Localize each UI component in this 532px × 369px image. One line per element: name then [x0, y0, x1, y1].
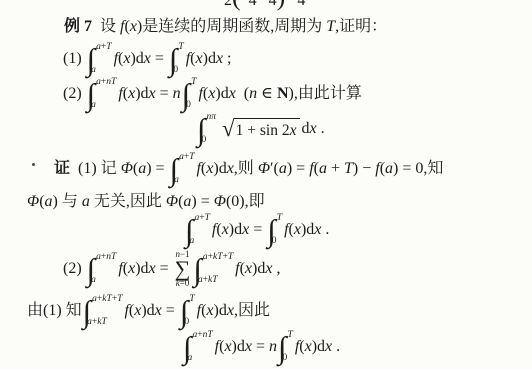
part2-result-equation: ∫a+nTaf(x)dx = n∫T0f(x)dx .	[182, 329, 340, 365]
integral: ∫a+nTa	[87, 253, 117, 285]
text-run: ,	[272, 259, 280, 279]
math-run: f(x)dx	[118, 84, 155, 104]
integral-limits: a+nTa	[193, 331, 213, 363]
bold-text: 证	[54, 159, 70, 179]
math-run: f(x)dx	[215, 337, 252, 357]
text-run: ,即	[245, 192, 265, 212]
integral: ∫a+kT+Ta+kT	[83, 295, 123, 327]
text-run: .	[332, 337, 340, 357]
text-run: .	[321, 220, 329, 240]
math-run: f(x)dx	[284, 220, 321, 240]
integral-lower-limit: 0	[272, 237, 282, 247]
proof-part2-sum-equation: (2) ∫a+nTaf(x)dx = n−1∑k=0∫a+kT+Ta+kTf(x…	[63, 246, 280, 292]
integral-upper-limit: a+kT+T	[203, 253, 233, 263]
integral-upper-limit: a+nT	[96, 78, 116, 88]
integral-limits: a+nTa	[96, 78, 116, 110]
text-run: =	[152, 159, 169, 179]
text-run: ,则	[234, 159, 258, 179]
integral: ∫a+kT+Ta+kT	[193, 253, 233, 285]
text-run: (1)	[63, 49, 86, 69]
integral-limits: a+Ta	[179, 153, 194, 185]
integral-limits: nπ0	[207, 113, 217, 145]
math-run: n	[249, 84, 257, 104]
big-paren: (	[232, 0, 241, 10]
math-run: n	[269, 337, 277, 357]
math-run: T	[326, 17, 335, 37]
integral-upper-limit: T	[277, 214, 282, 224]
math-run: Φ(a)	[121, 159, 152, 179]
integral-upper-limit: nπ	[207, 113, 217, 123]
math-run: f(x)dx	[212, 220, 249, 240]
integral-limits: T0	[191, 78, 196, 110]
math-run: f(x)dx	[124, 301, 161, 321]
text-run: ,证明：	[335, 17, 387, 37]
integral: ∫a+nTa	[183, 331, 213, 363]
text-run: =	[252, 337, 269, 357]
integral-lower-limit: 0	[283, 354, 293, 364]
math-run: f(x)	[120, 17, 142, 37]
integral-lower-limit: a	[91, 276, 116, 286]
ink-speck	[32, 163, 35, 166]
integral: ∫nπ0	[197, 113, 216, 145]
integral-upper-limit: a+kT+T	[92, 295, 122, 305]
integral: ∫T0	[267, 214, 282, 246]
math-run: a	[82, 192, 90, 212]
math-run: Φ(a)	[27, 192, 58, 212]
math-run: Φ(a)	[166, 192, 197, 212]
integral: ∫T0	[278, 331, 293, 363]
text-run: =	[197, 192, 214, 212]
integral: ∫T0	[169, 43, 184, 75]
integral-lower-limit: a	[91, 101, 116, 111]
text-run: =	[156, 259, 173, 279]
text-run: =	[249, 220, 266, 240]
text-run: 与	[58, 192, 82, 212]
text-run: (	[236, 84, 249, 104]
integral: ∫a+Ta	[185, 214, 210, 246]
integral-limits: T0	[178, 43, 183, 75]
summation: n−1∑k=0	[175, 250, 191, 289]
integral: ∫T0	[180, 295, 195, 327]
integral-lower-limit: 0	[173, 66, 183, 76]
text-run: .	[317, 119, 325, 139]
bold-text: 例 7	[64, 17, 92, 37]
math-run: f(x)dx	[114, 49, 151, 69]
text-run: ),由此计算	[289, 84, 362, 104]
integral-upper-limit: a+nT	[193, 331, 213, 341]
text-run: =	[292, 159, 309, 179]
radicand: 1 + sin 2x	[234, 118, 300, 140]
integral-lower-limit: a	[91, 66, 111, 76]
integral: ∫a+Ta	[87, 43, 112, 75]
proof-part1-continuation: Φ(a) 与 a 无关,因此 Φ(a) = Φ(0),即	[27, 191, 265, 213]
integral: ∫a+Ta	[170, 153, 195, 185]
proof-part2-continuation: 由(1) 知∫a+kT+Ta+kTf(x)dx = ∫T0f(x)dx,因此	[27, 293, 270, 329]
math-run: Φ(0)	[214, 192, 245, 212]
bold-text: N	[277, 84, 289, 104]
text-run: (1) 记	[70, 159, 121, 179]
text-run: 由(1) 知	[27, 301, 82, 321]
integral-limits: T0	[288, 331, 293, 363]
example-heading: 例 7 设 f(x)是连续的周期函数,周期为 T,证明：	[64, 16, 387, 38]
integral-upper-limit: a+T	[195, 214, 210, 224]
integral-lower-limit: 0	[184, 318, 194, 328]
math-run: f(x)dx	[235, 259, 272, 279]
math-run: f(x)dx	[197, 301, 234, 321]
text-run: = 0,知	[398, 159, 443, 179]
sigma-sign: ∑	[175, 259, 191, 280]
integral-upper-limit: T	[288, 331, 293, 341]
document-page: 2( 4 4) 4例 7 设 f(x)是连续的周期函数,周期为 T,证明：(1)…	[0, 0, 532, 369]
text-run: =	[162, 301, 179, 321]
integral-upper-limit: T	[189, 295, 194, 305]
claim-2-equation: (2) ∫a+nTaf(x)dx = n∫T0f(x)dx (n ∈ N),由此…	[63, 77, 362, 111]
part1-result-equation: ∫a+Taf(x)dx = ∫T0f(x)dx .	[184, 212, 329, 248]
integral-lower-limit: 0	[202, 136, 217, 146]
claim-1-equation: (1) ∫a+Taf(x)dx = ∫T0f(x)dx ;	[63, 42, 232, 76]
math-run: x	[290, 121, 297, 140]
integral-limits: a+Ta	[195, 214, 210, 246]
integral-upper-limit: a+T	[179, 153, 194, 163]
math-run: f(x)dx	[118, 259, 155, 279]
math-run: f(x)dx	[196, 159, 233, 179]
integral: ∫a+nTa	[87, 78, 117, 110]
math-run: f(x)dx	[186, 49, 223, 69]
integral-lower-limit: a	[174, 176, 194, 186]
math-run: f(a + T) − f(a)	[309, 159, 398, 179]
cropped-previous-formula: 2( 4 4) 4	[224, 0, 305, 10]
integral-upper-limit: a+T	[96, 43, 111, 53]
integral-limits: a+nTa	[96, 253, 116, 285]
integral-lower-limit: a	[190, 237, 210, 247]
integral-upper-limit: T	[191, 78, 196, 88]
text-run: 2	[224, 0, 232, 11]
text-run: 无关,因此	[90, 192, 166, 212]
summation-lower-limit: k=0	[176, 279, 190, 288]
integral-limits: T0	[277, 214, 282, 246]
compute-target-equation: ∫nπ0√1 + sin 2xdx .	[196, 110, 325, 148]
text-run: ,因此	[234, 301, 270, 321]
integral-upper-limit: a+nT	[96, 253, 116, 263]
integral-lower-limit: a	[188, 354, 213, 364]
integral-limits: T0	[189, 295, 194, 327]
proof-part1-line: 证 (1) 记 Φ(a) = ∫a+Taf(x)dx,则 Φ′(a) = f(a…	[54, 152, 443, 186]
text-run: 1 + sin 2	[236, 121, 290, 140]
math-run: Φ′(a)	[258, 159, 292, 179]
integral-lower-limit: a+kT	[87, 318, 122, 328]
integral-lower-limit: a+kT	[198, 276, 233, 286]
math-run: f(x)dx	[198, 84, 235, 104]
math-run: f(x)dx	[295, 337, 332, 357]
square-root: √1 + sin 2x	[222, 117, 299, 140]
big-paren: )	[277, 0, 286, 10]
integral-limits: a+kT+Ta+kT	[203, 253, 233, 285]
integral: ∫T0	[182, 78, 197, 110]
math-run: dx	[302, 119, 317, 139]
integral-limits: a+kT+Ta+kT	[92, 295, 122, 327]
text-run: (2)	[63, 84, 86, 104]
text-run: 设	[92, 17, 120, 37]
text-run: 是连续的周期函数,周期为	[142, 17, 326, 37]
math-run: n	[173, 84, 181, 104]
text-run: ;	[223, 49, 231, 69]
text-run: =	[151, 49, 168, 69]
text-run: 4	[285, 0, 305, 11]
integral-upper-limit: T	[178, 43, 183, 53]
text-run: 4 4	[241, 0, 277, 11]
integral-lower-limit: 0	[186, 101, 196, 111]
integral-limits: a+Ta	[96, 43, 111, 75]
text-run: ∈	[257, 84, 277, 104]
text-run: (2)	[63, 259, 86, 279]
text-run: =	[156, 84, 173, 104]
